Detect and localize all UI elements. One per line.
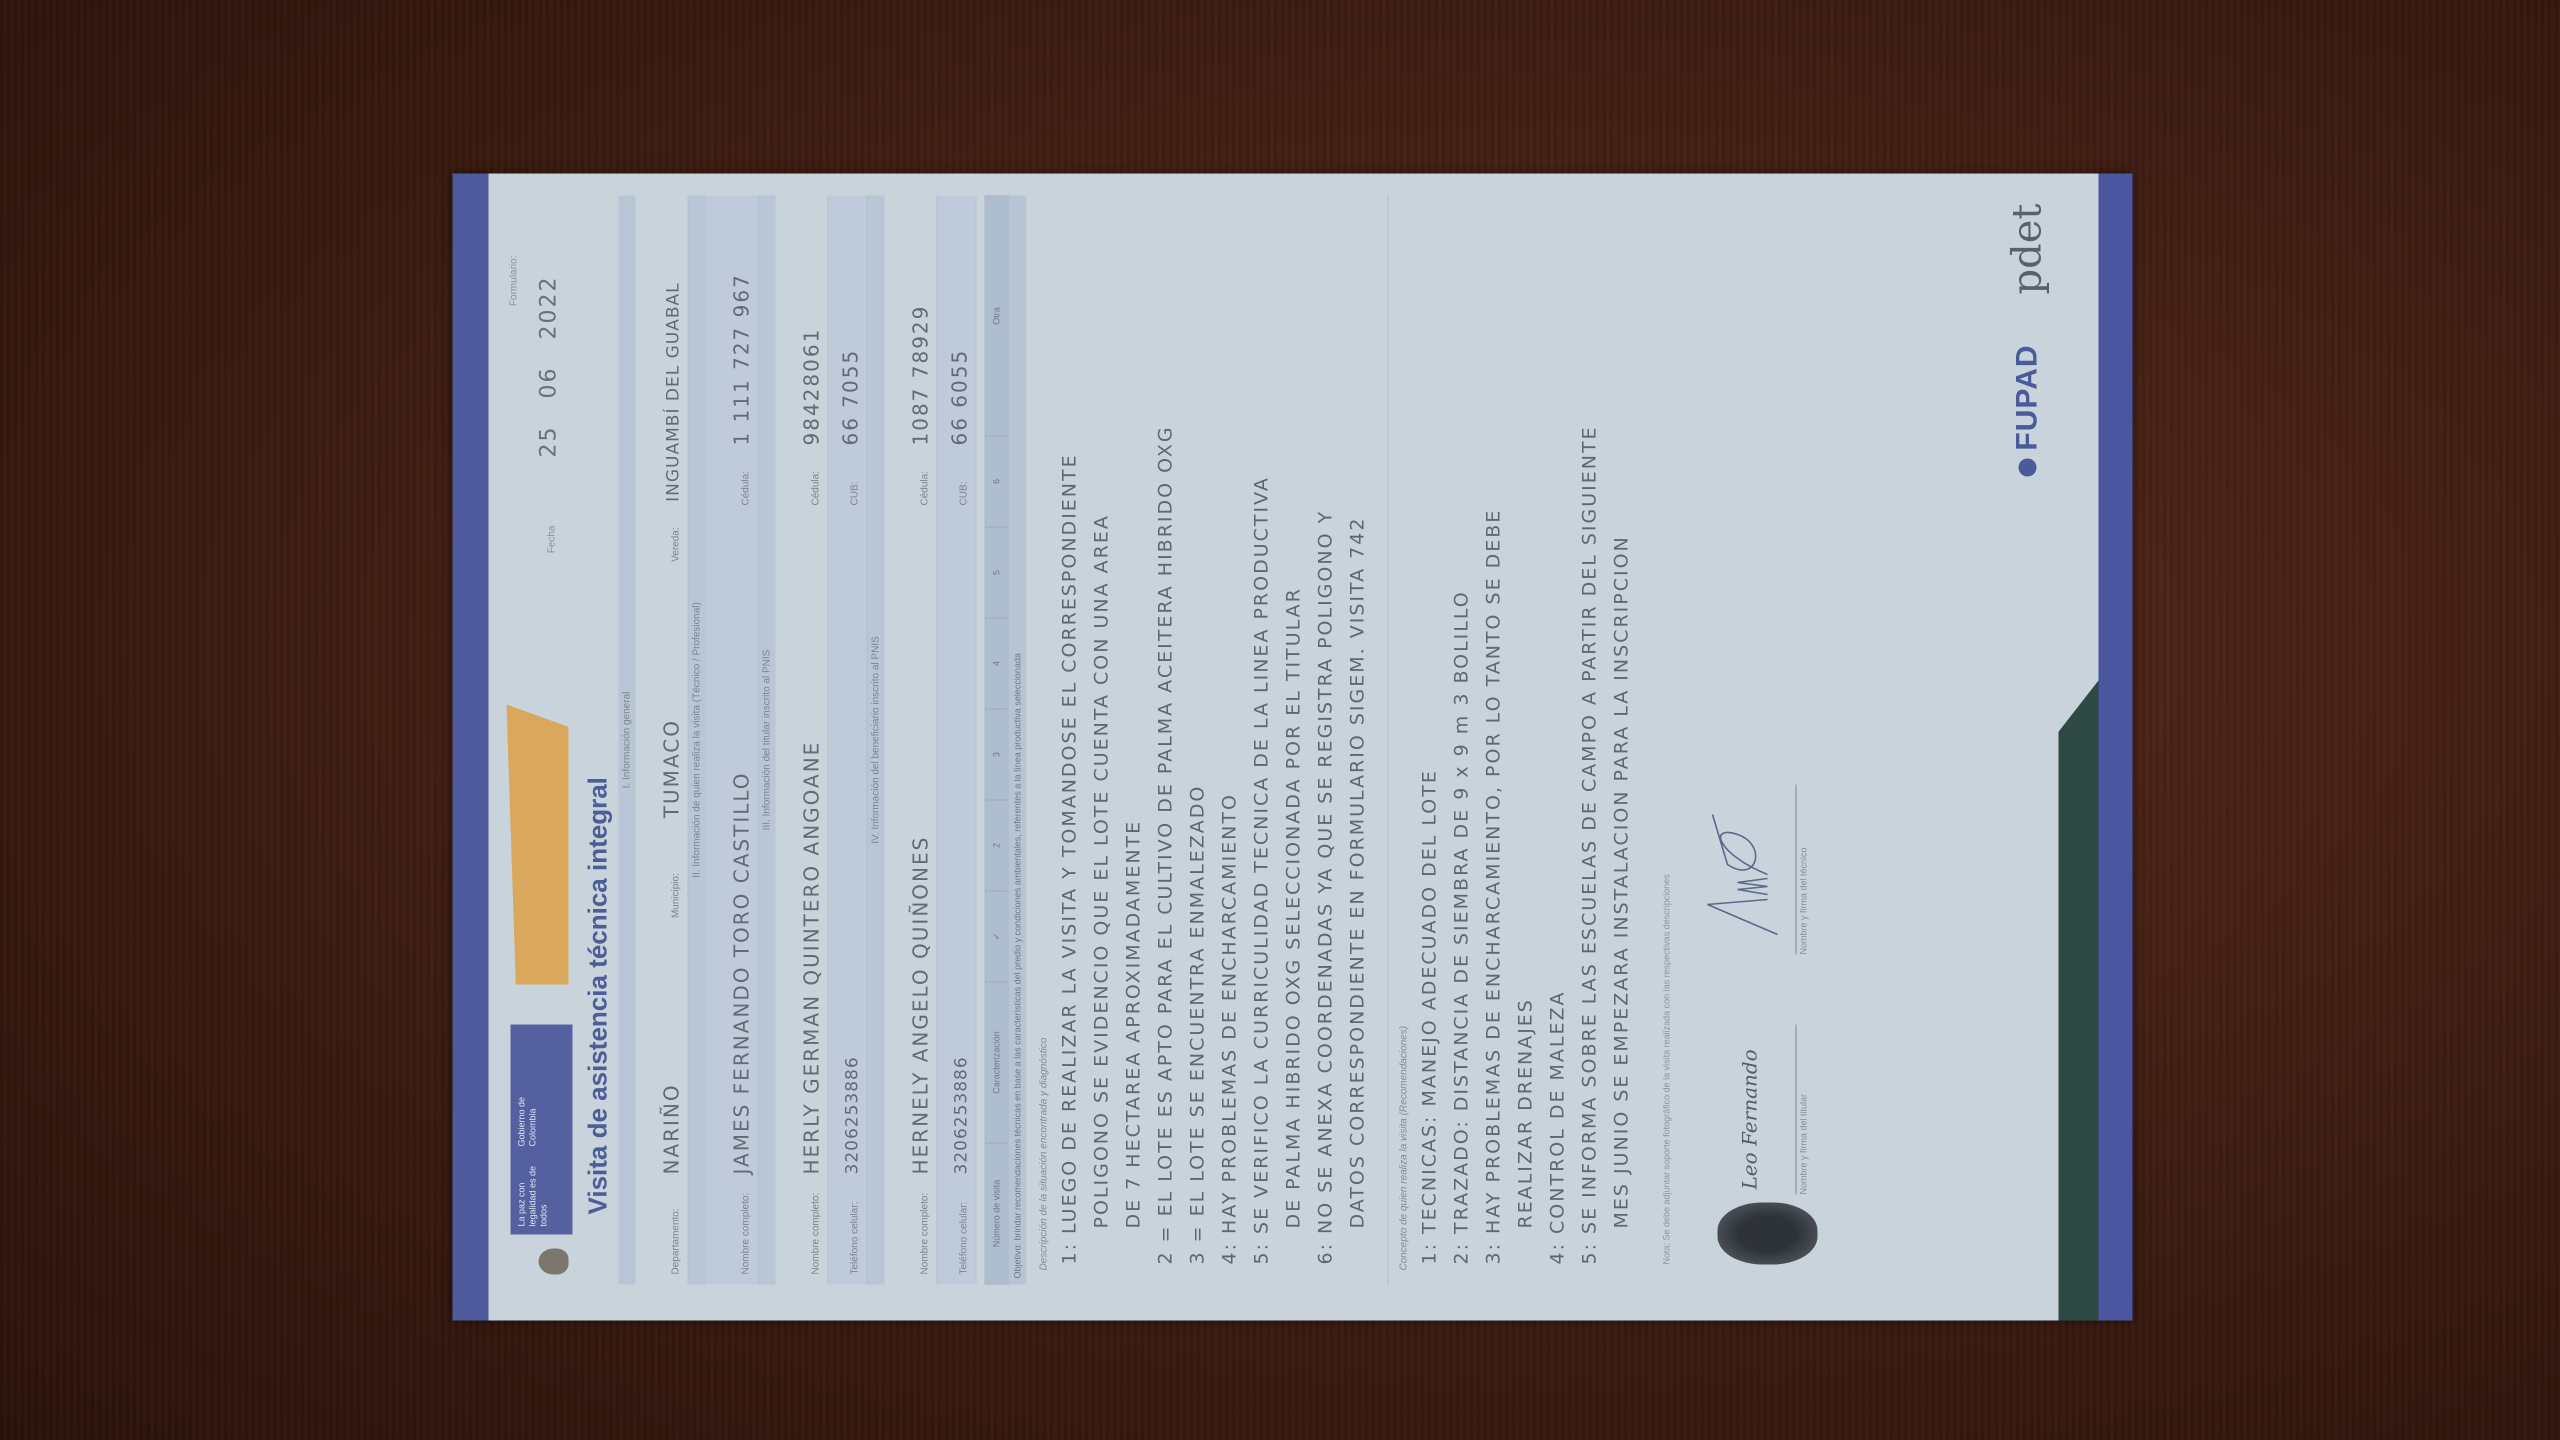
paper-sheet: La paz con legalidad es de todos Gobiern… xyxy=(453,174,2133,1321)
pdet-logo: pdet xyxy=(2005,204,2051,295)
handwritten-line: POLIGONO SE EVIDENCIO QUE EL LOTE CUENTA… xyxy=(1086,196,1118,1285)
visit-option-2[interactable]: 2 xyxy=(986,800,1008,891)
beneficiary-phone-row: Teléfono celular: 3206253886 CUB: 66 605… xyxy=(938,196,977,1285)
beneficiary-phone-field[interactable]: 3206253886 xyxy=(952,1056,976,1174)
handwritten-line: 6: NO SE ANEXA COORDENADAS YA QUE SE REG… xyxy=(1310,196,1342,1285)
titular-signature-label: Nombre y firma del titular xyxy=(1796,1025,1809,1195)
signatures-area: Leo Fernando Nombre y firma del titular … xyxy=(1678,196,1848,1285)
section-visitor-title: II. Información de quien realiza la visi… xyxy=(689,196,706,1285)
titular-cedula-field[interactable]: 98428061 xyxy=(800,328,828,446)
concepto-text[interactable]: 1: TECNICAS: MANEJO ADECUADO DEL LOTE2: … xyxy=(1414,196,1638,1285)
visit-option-1[interactable]: ✓ xyxy=(986,891,1008,982)
beneficiary-cub-field[interactable]: 66 6055 xyxy=(948,349,976,446)
titular-cub-field[interactable]: 66 7055 xyxy=(839,349,867,446)
municipio-field[interactable]: TUMACO xyxy=(660,719,688,818)
general-info-row: Departamento: NARIÑO Municipio: TUMACO V… xyxy=(636,196,689,1285)
handwritten-line: REALIZAR DRENAJES xyxy=(1510,196,1542,1285)
titular-name-row: Nombre completo: HERLY GERMAN QUINTERO A… xyxy=(776,196,829,1285)
coat-of-arms-icon xyxy=(539,1249,569,1275)
visitor-name-field[interactable]: JAMES FERNANDO TORO CASTILLO xyxy=(730,771,758,1174)
titular-signature[interactable]: Leo Fernando xyxy=(1738,1049,1762,1189)
fupad-globe-icon xyxy=(2019,459,2037,477)
fingerprint xyxy=(1718,1203,1818,1265)
technician-signature-label: Nombre y firma del técnico xyxy=(1796,785,1809,955)
visit-number-row: Número de visita Caracterización ✓ 2 3 4… xyxy=(985,196,1009,1285)
descripcion-text[interactable]: 1: LUEGO DE REALIZAR LA VISITA Y TOMANDO… xyxy=(1054,196,1374,1285)
visit-option-3[interactable]: 3 xyxy=(986,709,1008,800)
concepto-block: Concepto de quien realiza la visita (Rec… xyxy=(1388,196,1638,1285)
beneficiary-name-field[interactable]: HERNELY ANGELO QUIÑONES xyxy=(909,836,937,1175)
fecha-field[interactable]: 25 06 2022 xyxy=(537,276,562,458)
beneficiary-name-row: Nombre completo: HERNELY ANGELO QUIÑONES… xyxy=(885,196,938,1285)
form-title: Visita de asistencia técnica integral xyxy=(583,777,614,1214)
visitor-row: Nombre completo: JAMES FERNANDO TORO CAS… xyxy=(706,196,759,1285)
handwritten-line: 4: CONTROL DE MALEZA xyxy=(1542,196,1574,1285)
bottom-green-band xyxy=(2059,681,2099,1321)
titular-phone-row: Teléfono celular: 3206253886 CUB: 66 705… xyxy=(829,196,868,1285)
photographed-form: La paz con legalidad es de todos Gobiern… xyxy=(453,173,2133,1320)
visit-option-4[interactable]: 4 xyxy=(986,618,1008,709)
descripcion-title: Descripción de la situación encontrada y… xyxy=(1035,196,1054,1285)
titular-phone-field[interactable]: 3206253886 xyxy=(843,1056,867,1174)
handwritten-line: 3: HAY PROBLEMAS DE ENCHARCAMIENTO, POR … xyxy=(1478,196,1510,1285)
form-header: La paz con legalidad es de todos Gobiern… xyxy=(489,196,619,1285)
objetivo-text: Objetivo: brindar recomendaciones técnic… xyxy=(1009,196,1027,1285)
section-beneficiary-title: IV. Información del beneficiario inscrit… xyxy=(868,196,885,1285)
formulario-label: Formulario: xyxy=(509,256,520,307)
bottom-blue-band xyxy=(2099,174,2133,1321)
footer-logos: FUPAD pdet xyxy=(2005,204,2051,477)
titular-name-field[interactable]: HERLY GERMAN QUINTERO ANGOANE xyxy=(800,741,828,1175)
descripcion-block: Descripción de la situación encontrada y… xyxy=(1035,196,1374,1285)
handwritten-line: DE 7 HECTAREA APROXIMADAMENTE xyxy=(1118,196,1150,1285)
visit-option-5[interactable]: 5 xyxy=(986,527,1008,618)
handwritten-line: 1: LUEGO DE REALIZAR LA VISITA Y TOMANDO… xyxy=(1054,196,1086,1285)
top-color-band xyxy=(453,174,489,1321)
fecha-label: Fecha xyxy=(547,526,558,554)
fupad-logo: FUPAD xyxy=(2011,344,2045,476)
section-titular-title: III. Información del titular inscrito al… xyxy=(759,196,776,1285)
handwritten-line: 5: SE INFORMA SOBRE LAS ESCUELAS DE CAMP… xyxy=(1574,196,1606,1285)
handwritten-line: 2 = EL LOTE ES APTO PARA EL CULTIVO DE P… xyxy=(1150,196,1182,1285)
handwritten-line: 5: SE VERIFICO LA CURRICULIDAD TECNICA D… xyxy=(1246,196,1278,1285)
handwritten-line: DE PALMA HIBRIDO OXG SELECCIONADA POR EL… xyxy=(1278,196,1310,1285)
handwritten-line: 2: TRAZADO: DISTANCIA DE SIEMBRA DE 9 x … xyxy=(1446,196,1478,1285)
government-badge: La paz con legalidad es de todos Gobiern… xyxy=(511,1025,573,1235)
program-logo xyxy=(507,705,569,985)
technician-signature[interactable] xyxy=(1698,805,1788,945)
photo-note: Nota: Se debe adjuntar soporte fotográfi… xyxy=(1656,196,1678,1285)
visitor-cedula-field[interactable]: 1 111 727 967 xyxy=(730,273,758,445)
concepto-title: Concepto de quien realiza la visita (Rec… xyxy=(1395,196,1414,1285)
visit-option-other[interactable]: Otra xyxy=(986,197,1008,436)
handwritten-line: 1: TECNICAS: MANEJO ADECUADO DEL LOTE xyxy=(1414,196,1446,1285)
beneficiary-cedula-field[interactable]: 1087 78929 xyxy=(909,305,937,446)
handwritten-line: 3 = EL LOTE SE ENCUENTRA ENMALEZADO xyxy=(1182,196,1214,1285)
handwritten-line: DATOS CORRESPONDIENTE EN FORMULARIO SIGE… xyxy=(1342,196,1374,1285)
visit-option-6[interactable]: 6 xyxy=(986,436,1008,527)
departamento-field[interactable]: NARIÑO xyxy=(660,1083,688,1174)
handwritten-line: 4: HAY PROBLEMAS DE ENCHARCAMIENTO xyxy=(1214,196,1246,1285)
handwritten-line: MES JUNIO SE EMPEZARA INSTALACION PARA L… xyxy=(1606,196,1638,1285)
vereda-field[interactable]: INGUAMBÍ DEL GUABAL xyxy=(664,282,688,501)
section-general-title: I. Información general xyxy=(619,196,636,1285)
